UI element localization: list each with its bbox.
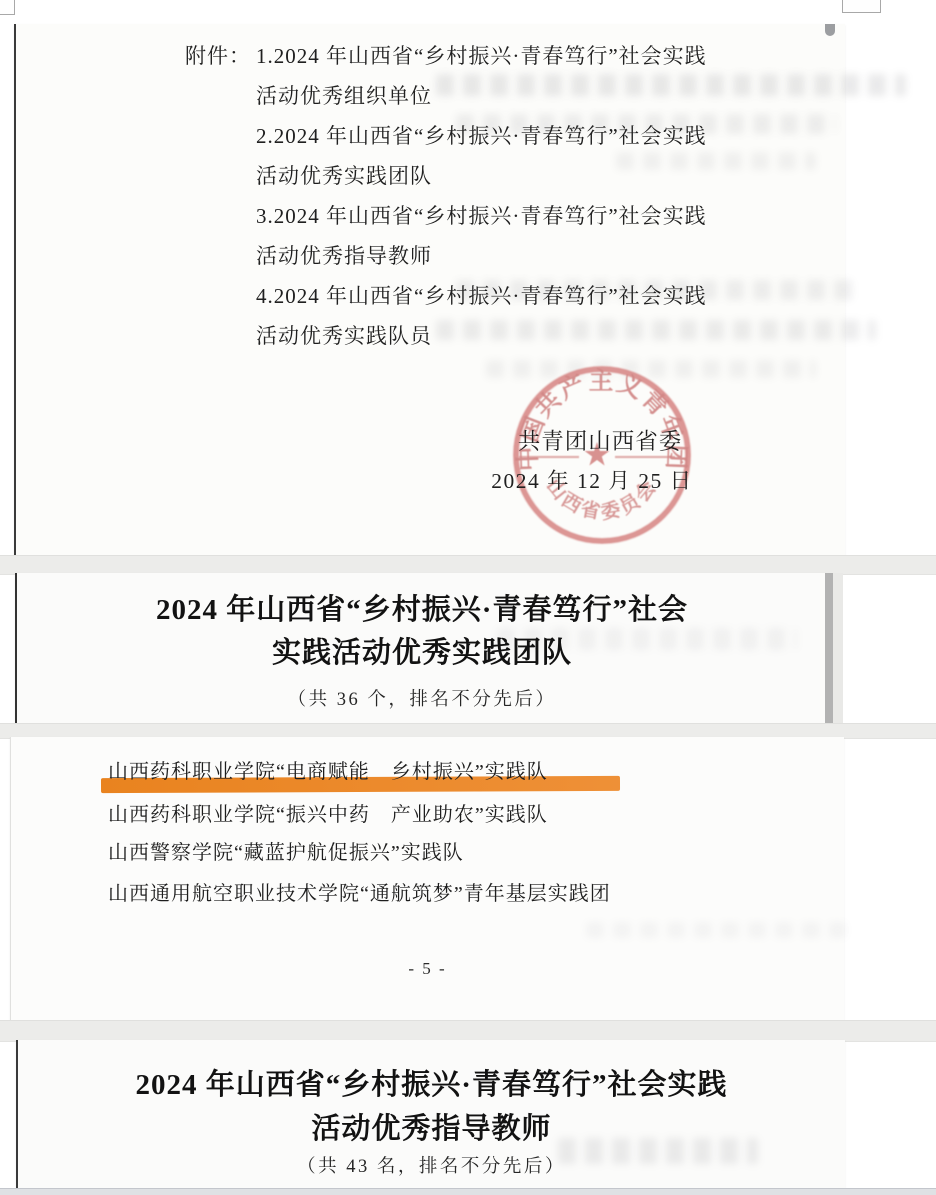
bleedthrough-ghost: [586, 922, 846, 938]
issue-date: 2024 年 12 月 25 日: [392, 464, 792, 495]
corner-artifact-top-right: [842, 0, 881, 13]
scanned-document-screenshot: 附件： 1.2024 年山西省“乡村振兴·青春笃行”社会实践 活动优秀组织单位 …: [0, 0, 936, 1195]
page2-title-sheet: 2024 年山西省“乡村振兴·青春笃行”社会 实践活动优秀实践团队 （共 36 …: [15, 573, 827, 723]
corner-artifact-top-left: [0, 0, 15, 15]
scrollbar-thumb[interactable]: [825, 24, 835, 36]
attachment-block: 附件： 1.2024 年山西省“乡村振兴·青春笃行”社会实践 活动优秀组织单位 …: [185, 36, 707, 356]
teacher-subtitle: （共 43 名，排名不分先后）: [18, 1152, 845, 1178]
team-list-item: 山西药科职业学院“振兴中药 产业助农”实践队: [108, 798, 548, 827]
attachment-line: 4.2024 年山西省“乡村振兴·青春笃行”社会实践: [256, 276, 707, 316]
page-edge-light: [833, 573, 843, 723]
official-seal: 中国共产主义青年团 山西省委员会: [499, 355, 705, 561]
page1-sheet: 附件： 1.2024 年山西省“乡村振兴·青春笃行”社会实践 活动优秀组织单位 …: [14, 24, 845, 555]
page-number: - 5 -: [11, 959, 844, 979]
teacher-title-line2: 活动优秀指导教师: [18, 1106, 845, 1147]
award-title-line2: 实践活动优秀实践团队: [17, 630, 827, 671]
bottom-edge-strip: [0, 1188, 936, 1195]
attachment-line: 2.2024 年山西省“乡村振兴·青春笃行”社会实践: [256, 116, 707, 156]
team-list-sheet: 山西药科职业学院“电商赋能 乡村振兴”实践队 山西药科职业学院“振兴中药 产业助…: [10, 737, 844, 1020]
page3-title-sheet: 2024 年山西省“乡村振兴·青春笃行”社会实践 活动优秀指导教师 （共 43 …: [16, 1040, 845, 1195]
teacher-title-line1: 2024 年山西省“乡村振兴·青春笃行”社会实践: [18, 1062, 845, 1103]
team-list-item-highlighted: 山西药科职业学院“电商赋能 乡村振兴”实践队: [108, 755, 548, 784]
attachment-line: 3.2024 年山西省“乡村振兴·青春笃行”社会实践: [256, 196, 707, 236]
scan-gap: [0, 555, 936, 575]
page-edge-shadow: [825, 573, 833, 723]
issuer-name: 共青团山西省委: [400, 424, 800, 456]
attachment-label: 附件：: [185, 36, 256, 356]
attachment-line: 活动优秀组织单位: [256, 76, 707, 116]
attachment-line: 活动优秀实践团队: [256, 156, 707, 196]
scan-gap: [0, 1020, 936, 1042]
award-title-line1: 2024 年山西省“乡村振兴·青春笃行”社会: [17, 587, 827, 628]
attachment-lines: 1.2024 年山西省“乡村振兴·青春笃行”社会实践 活动优秀组织单位 2.20…: [256, 36, 707, 356]
attachment-line: 活动优秀指导教师: [256, 236, 707, 276]
attachment-line: 1.2024 年山西省“乡村振兴·青春笃行”社会实践: [256, 36, 707, 76]
team-list-item: 山西警察学院“藏蓝护航促振兴”实践队: [108, 836, 464, 865]
team-list-item: 山西通用航空职业技术学院“通航筑梦”青年基层实践团: [108, 877, 611, 906]
attachment-line: 活动优秀实践队员: [256, 316, 707, 356]
award-subtitle: （共 36 个，排名不分先后）: [17, 685, 827, 711]
